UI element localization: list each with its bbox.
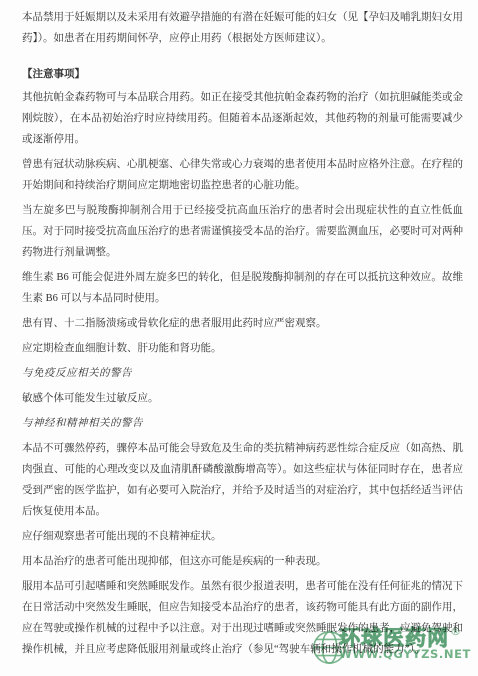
para-ulcer-osteomalacia: 患有胃、十二指肠溃疡或骨软化症的患者服用此药时应严密观察。 — [22, 313, 463, 334]
para-somnolence-driving: 服用本品可引起嗜睡和突然睡眠发作。虽然有很少报道表明，患者可能在没有任何征兆的情… — [22, 576, 463, 660]
para-psych-symptom-observation: 应仔细观察患者可能出现的不良精神症状。 — [22, 526, 463, 547]
para-abrupt-withdrawal: 本品不可骤然停药，骤停本品可能会导致危及生命的类抗精神病药恶性综合症反应（如高热… — [22, 438, 463, 522]
para-contraindication-pregnancy: 本品禁用于妊娠期以及未采用有效避孕措施的有潜在妊娠可能的妇女（见【孕妇及哺乳期妇… — [22, 7, 463, 49]
para-vitamin-b6: 维生素 B6 可能会促进外周左旋多巴的转化，但是脱羧酶抑制剂的存在可以抵抗这种效… — [22, 267, 463, 309]
para-combination-antiparkinson: 其他抗帕金森药物可与本品联合用药。如正在接受其他抗帕金森药物的治疗（如抗胆碱能类… — [22, 87, 463, 150]
drug-insert-page: 本品禁用于妊娠期以及未采用有效避孕措施的有潜在妊娠可能的妇女（见【孕妇及哺乳期妇… — [0, 0, 478, 676]
para-cardiac-caution: 曾患有冠状动脉疾病、心肌梗塞、心律失常或心力衰竭的患者使用本品时应格外注意。在疗… — [22, 154, 463, 196]
document-body: 本品禁用于妊娠期以及未采用有效避孕措施的有潜在妊娠可能的妇女（见【孕妇及哺乳期妇… — [0, 0, 478, 660]
subheading-neuro-psych-warning: 与神经和精神相关的警告 — [22, 413, 463, 434]
para-depression-note: 用本品治疗的患者可能出现抑郁，但这亦可能是疾病的一种表现。 — [22, 551, 463, 572]
section-heading-precautions: 【注意事项】 — [22, 64, 463, 85]
para-orthostatic-hypotension: 当左旋多巴与脱羧酶抑制剂合用于已经接受抗高血压治疗的患者时会出现症状性的直立性低… — [22, 200, 463, 263]
para-periodic-lab-tests: 应定期检查血细胞计数、肝功能和肾功能。 — [22, 338, 463, 359]
subheading-immune-warning: 与免疫反应相关的警告 — [22, 363, 463, 384]
para-allergic-reaction: 敏感个体可能发生过敏反应。 — [22, 388, 463, 409]
